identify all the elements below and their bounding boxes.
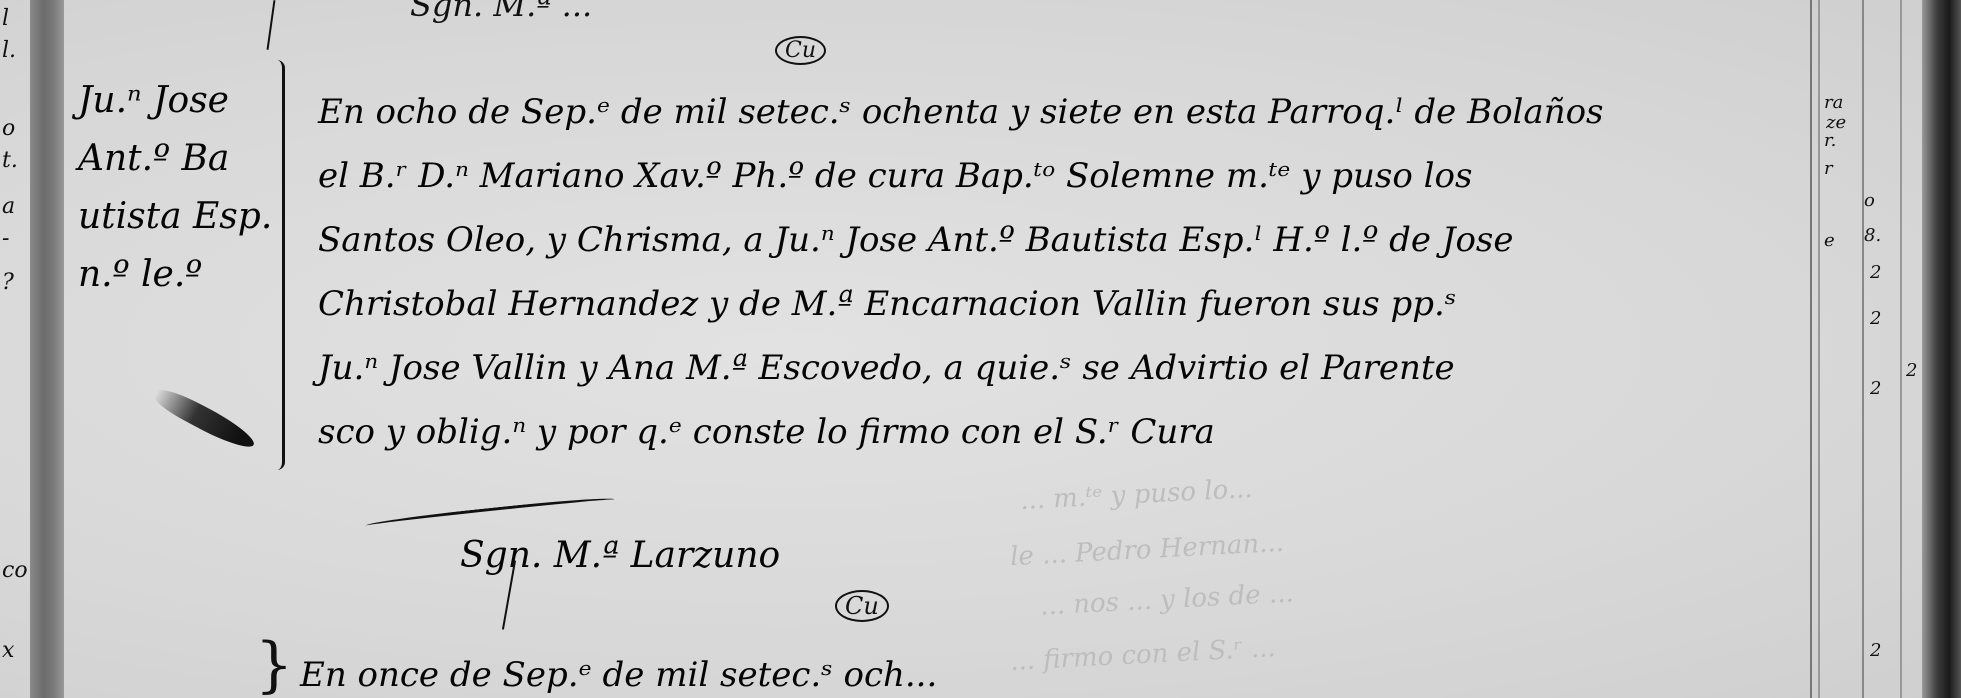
tally-mark: o: [1864, 190, 1875, 211]
brace-stroke: [267, 0, 276, 50]
margin-line: utista Esp.: [78, 188, 268, 246]
left-binding-gutter: [30, 0, 64, 698]
bleed-through-text: ... firmo con el S.ʳ ...: [1009, 633, 1276, 677]
bleed-through-text: le ... Pedro Hernan...: [1009, 528, 1284, 572]
edge-mark: x: [2, 640, 14, 662]
margin-line: Ju.ⁿ Jose: [78, 72, 268, 130]
margin-line: Ant.º Ba: [78, 130, 268, 188]
entry-line-4: Christobal Hernandez y de M.ª Encarnacio…: [318, 272, 1798, 336]
rubric-flourish-icon: Cu: [775, 36, 826, 65]
ink-blot: [151, 383, 258, 454]
tally-mark: 2: [1870, 640, 1881, 661]
next-entry-brace: }: [255, 630, 293, 698]
entry-line-1: En ocho de Sep.ᵉ de mil setec.ˢ ochenta …: [318, 80, 1798, 144]
tally-mark: e: [1824, 230, 1835, 251]
edge-mark: -: [2, 228, 9, 250]
entry-line-5: Ju.ⁿ Jose Vallin y Ana M.ª Escovedo, a q…: [318, 336, 1798, 400]
tally-mark: 2: [1906, 360, 1917, 381]
marginal-baptized-name: Ju.ⁿ Jose Ant.º Ba utista Esp. n.º le.º: [78, 72, 268, 304]
tally-mark: 2: [1870, 262, 1881, 283]
edge-mark: o: [2, 118, 15, 140]
entry-line-2: el B.ʳ D.ⁿ Mariano Xav.º Ph.º de cura Ba…: [318, 144, 1798, 208]
edge-mark: a: [2, 196, 15, 218]
priest-signature: Sgn. M.ª Larzuno: [460, 535, 780, 576]
edge-mark: l: [2, 8, 9, 30]
tally-mark: 2: [1870, 378, 1881, 399]
edge-mark: co: [2, 560, 28, 582]
signature-rubric-icon: Cu: [835, 590, 889, 622]
tally-mark: 2: [1870, 308, 1881, 329]
bleed-through-text: ... nos ... y los de ...: [1039, 578, 1294, 621]
previous-entry-signature-fragment: Sgn. M.ª ...: [410, 0, 592, 24]
edge-mark: t.: [2, 150, 18, 172]
ruling-line: [1810, 0, 1812, 698]
curly-brace-divider: [262, 60, 285, 470]
left-edge-fragments: l l. o t. a - ? co x: [0, 0, 28, 698]
signature-flourish: [365, 495, 615, 530]
tally-mark: 8.: [1864, 225, 1881, 246]
tally-mark: r.: [1824, 130, 1836, 151]
right-margin-tally-marks: ra ze r. r o e 8. 2 2 2 2 2: [1820, 0, 1920, 698]
baptism-entry-text: En ocho de Sep.ᵉ de mil setec.ˢ ochenta …: [318, 80, 1798, 464]
edge-mark: ?: [2, 272, 14, 294]
entry-line-6: sco y oblig.ⁿ y por q.ᵉ conste lo firmo …: [318, 400, 1798, 464]
margin-line: n.º le.º: [78, 246, 268, 304]
tally-mark: r: [1824, 158, 1833, 179]
edge-mark: l.: [2, 40, 16, 62]
manuscript-page: l l. o t. a - ? co x ... m.ᵗᵉ y puso lo.…: [0, 0, 1961, 698]
next-entry-fragment: En once de Sep.ᵉ de mil setec.ˢ och...: [300, 655, 937, 695]
tally-mark: ra: [1824, 92, 1843, 113]
right-binding-edge: [1922, 0, 1961, 698]
bleed-through-text: ... m.ᵗᵉ y puso lo...: [1019, 474, 1253, 516]
entry-line-3: Santos Oleo, y Chrisma, a Ju.ⁿ Jose Ant.…: [318, 208, 1798, 272]
